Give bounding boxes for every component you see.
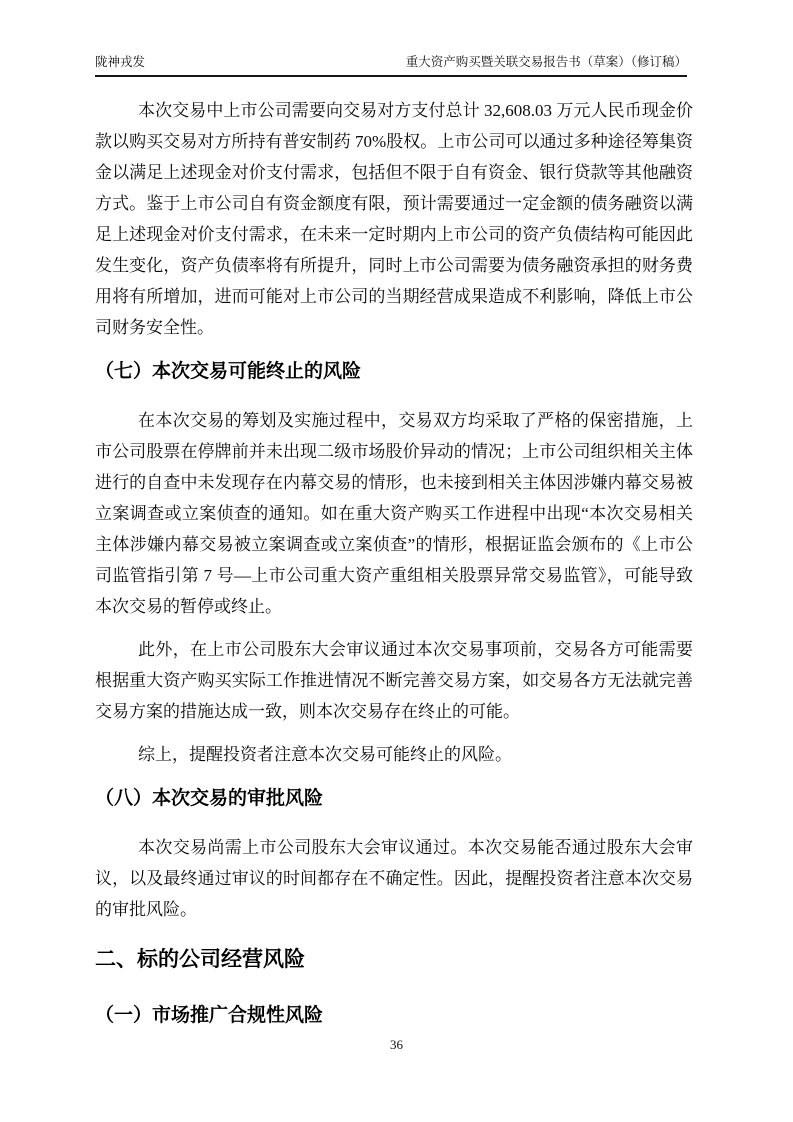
header-report-title: 重大资产购买暨关联交易报告书（草案）（修订稿） (406, 54, 687, 70)
paragraph-plan-improvement-consensus: 此外，在上市公司股东大会审议通过本次交易事项前，交易各方可能需要根据重大资产购买… (95, 634, 693, 727)
page-footer: 36 (0, 1036, 793, 1054)
paragraph-shareholder-approval-uncertainty: 本次交易尚需上市公司股东大会审议通过。本次交易能否通过股东大会审议，以及最终通过… (95, 832, 693, 925)
paragraph-insider-trading-investigation: 在本次交易的筹划及实施过程中，交易双方均采取了严格的保密措施，上市公司股票在停牌… (95, 405, 693, 622)
page-number: 36 (390, 1037, 403, 1052)
section-heading-approval-risk: （八）本次交易的审批风险 (95, 786, 693, 812)
chapter-heading-target-company-operating-risk: 二、标的公司经营风险 (95, 945, 693, 975)
section-heading-transaction-termination-risk: （七）本次交易可能终止的风险 (95, 359, 693, 385)
paragraph-cash-payment-financing-risk: 本次交易中上市公司需要向交易对方支付总计 32,608.03 万元人民币现金价款… (95, 95, 693, 343)
section-heading-marketing-compliance-risk: （一）市场推广合规性风险 (95, 1003, 693, 1029)
document-body: 本次交易中上市公司需要向交易对方支付总计 32,608.03 万元人民币现金价款… (95, 95, 693, 1049)
page-header: 陇神戎发 重大资产购买暨关联交易报告书（草案）（修订稿） (95, 54, 687, 77)
paragraph-termination-risk-reminder: 综上，提醒投资者注意本次交易可能终止的风险。 (95, 739, 693, 770)
header-company-short-name: 陇神戎发 (95, 54, 145, 70)
document-page: 陇神戎发 重大资产购买暨关联交易报告书（草案）（修订稿） 本次交易中上市公司需要… (0, 0, 793, 1122)
